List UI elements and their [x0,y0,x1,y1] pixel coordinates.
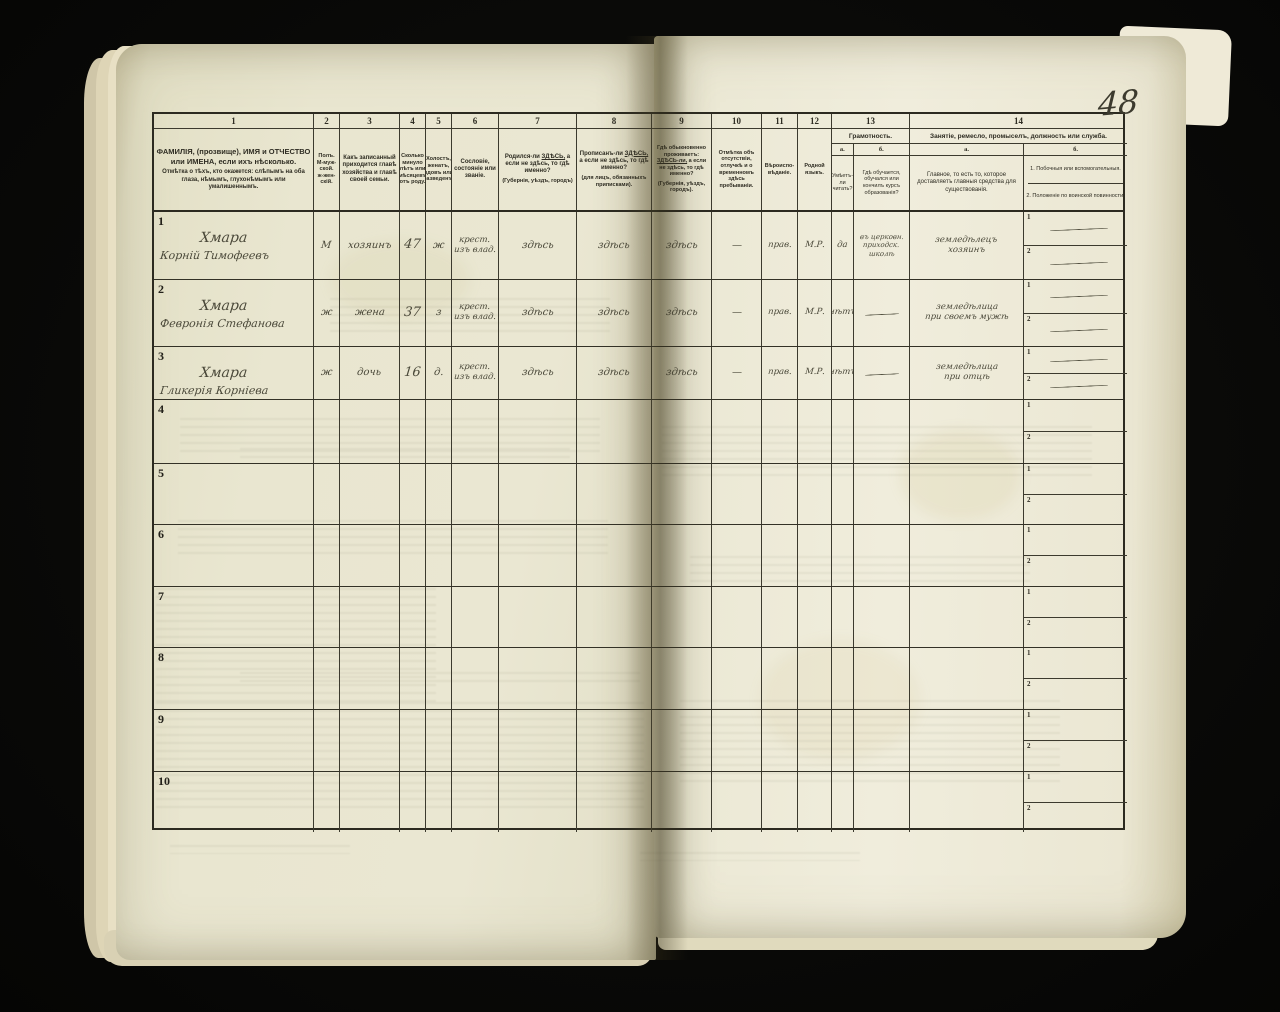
header-literacy-descriptions: Умѣетъ-ли читать? Гдѣ обучается, обучалс… [832,156,909,210]
sex-cell [314,464,340,524]
relation-cell [340,400,400,463]
handwritten-dash [1050,227,1108,231]
literacy-entry: нѣтъ [832,368,854,378]
column-number: 9 [652,114,712,128]
estate-cell: крест. изъ влад. [452,212,499,279]
header-residence-underlined: ЗДѢСЬ-ли, [657,158,687,164]
religion-entry: прав. [767,368,792,378]
show-through-text [170,845,350,854]
age-entry: 37 [403,306,421,321]
literacy-entry: нѣтъ [832,308,854,318]
header-name-column: ФАМИЛІЯ, (прозвище), ИМЯ и ОТЧЕСТВО или … [154,129,314,210]
education-cell [854,347,910,399]
header-registration-pre: Прописанъ-ли [580,151,623,157]
language-cell: М.Р. [798,347,832,399]
residence-cell [652,587,712,647]
marital-cell [426,525,452,586]
literacy-cell: нѣтъ [832,280,854,346]
column-number: 8 [577,114,652,128]
birthplace-cell: здѣсь [499,212,577,279]
residence-entry: здѣсь [665,367,698,379]
marital-cell [426,587,452,647]
side-occupation-sub-1: 1 [1024,525,1127,556]
column-number: 10 [712,114,762,128]
header-literacy-title: Грамотность. [832,129,909,144]
side-occupation-sub-1: 1 [1024,347,1127,374]
absence-cell [712,710,762,771]
occupation-cell [910,400,1024,463]
estate-cell [452,400,499,463]
side-occupation-sub-1: 1 [1024,280,1127,314]
age-entry: 16 [403,366,421,381]
row-number: 3 [158,349,164,364]
age-entry: 47 [403,238,421,253]
absence-cell [712,648,762,709]
sex-entry: ж [320,367,333,379]
registration-cell: здѣсь [577,347,652,399]
name-cell: 7 [154,587,314,647]
row-number: 7 [158,589,164,604]
sub-number-2: 2 [1027,804,1031,812]
header-relation-text: Какъ записанный приходится главѣ хозяйст… [342,155,397,184]
sub-number-2: 2 [1027,680,1031,688]
header-residence-pre: Гдѣ обыкновенно проживаетъ: [657,145,706,158]
relation-cell [340,587,400,647]
literacy-cell [832,525,854,586]
header-absence-text: Отмѣтка объ отсутствіи, отлучкѣ и о врем… [714,150,759,190]
residence-cell [652,525,712,586]
occupation-cell: земледѣлица при отцѣ [910,347,1024,399]
residence-cell [652,710,712,771]
column-number: 13 [832,114,910,128]
occupation-cell [910,772,1024,832]
birthplace-cell [499,525,577,586]
table-row: 1 Хмара Корній Тимофеевъ М хозяинъ 47 ж … [154,212,1123,280]
person-name-entry: Гликерія Корніева [159,385,269,398]
side-occupation-sub-1: 1 [1024,464,1127,495]
estate-entry-line2: изъ влад. [453,313,496,323]
registration-cell [577,464,652,524]
age-cell [400,587,426,647]
residence-cell: здѣсь [652,347,712,399]
header-occupation-letter-b: б. [1024,144,1127,155]
registration-cell [577,772,652,832]
estate-entry-line2: изъ влад. [453,373,496,383]
religion-cell [762,648,798,709]
side-occupation-sub-2: 2 [1024,314,1127,347]
literacy-cell [832,772,854,832]
show-through-text [640,852,860,861]
surname-entry: Хмара [199,230,248,246]
sex-entry: ж [320,307,333,319]
occupation-cell: земледѣлецъ хозяинъ [910,212,1024,279]
relation-cell: дочь [340,347,400,399]
marital-entry: з [435,307,442,319]
absence-cell [712,400,762,463]
sub-number-2: 2 [1027,742,1031,750]
sub-number-1: 1 [1027,213,1031,221]
registration-cell [577,648,652,709]
relation-entry: жена [354,307,385,319]
header-name-note: Отмѣтка о тѣхъ, кто окажется: слѣпымъ на… [156,169,311,192]
literacy-cell [832,400,854,463]
side-occupation-cell: 1 2 [1024,400,1127,463]
language-cell [798,648,832,709]
header-registration-column: Прописанъ-ли ЗДѢСЬ, а если не здѣсь, то … [577,129,652,210]
religion-cell [762,400,798,463]
birthplace-cell [499,710,577,771]
residence-entry: здѣсь [665,240,698,252]
sub-number-2: 2 [1027,247,1031,255]
side-occupation-cell: 1 2 [1024,347,1127,399]
absence-entry: — [731,240,742,252]
residence-entry: здѣсь [665,307,698,319]
religion-entry: прав. [767,308,792,318]
table-row: 5 [154,464,1123,525]
sub-number-1: 1 [1027,348,1031,356]
name-cell: 10 [154,772,314,832]
person-name-entry: Корній Тимофеевъ [159,250,269,263]
sub-number-2: 2 [1027,433,1031,441]
marital-cell [426,772,452,832]
header-sex-column: Полъ. М-муж-ской. ж-жен-скій. [314,129,340,210]
side-occupation-sub-1: 1 [1024,710,1127,741]
age-cell: 47 [400,212,426,279]
side-occupation-sub-2: 2 [1024,495,1127,525]
birthplace-cell [499,400,577,463]
age-cell [400,400,426,463]
header-relation-column: Какъ записанный приходится главѣ хозяйст… [340,129,400,210]
marital-entry: д. [433,367,444,379]
table-row: 9 [154,710,1123,772]
side-occupation-cell: 1 2 [1024,525,1127,586]
birthplace-entry: здѣсь [521,367,554,379]
estate-cell [452,525,499,586]
education-cell [854,710,910,771]
sub-number-2: 2 [1027,619,1031,627]
row-number: 2 [158,282,164,297]
header-birthplace-note: (Губернія, уѣздъ, городъ) [502,178,572,185]
header-can-read: Умѣетъ-ли читать? [832,156,854,210]
column-numbers-row: 1 2 3 4 5 6 7 8 9 10 11 12 13 14 [154,114,1123,129]
side-occupation-cell: 1 2 [1024,464,1127,524]
residence-cell [652,772,712,832]
absence-cell: — [712,347,762,399]
marital-cell [426,710,452,771]
row-number: 1 [158,214,164,229]
language-cell: М.Р. [798,212,832,279]
handwritten-dash [1050,295,1108,299]
language-cell [798,710,832,771]
sex-cell [314,648,340,709]
occupation-entry-line2: при отцѣ [943,373,990,383]
estate-cell [452,710,499,771]
sub-number-1: 1 [1027,401,1031,409]
sub-number-2: 2 [1027,375,1031,383]
education-entry-line2: приходск. [863,241,900,249]
absence-cell [712,464,762,524]
name-cell: 6 [154,525,314,586]
education-cell: въ церковн. приходск. школѣ [854,212,910,279]
language-entry: М.Р. [804,368,825,378]
language-cell: М.Р. [798,280,832,346]
relation-entry: хозяинъ [347,240,392,252]
occupation-cell [910,710,1024,771]
residence-cell: здѣсь [652,280,712,346]
table-header-row: ФАМИЛІЯ, (прозвище), ИМЯ и ОТЧЕСТВО или … [154,129,1123,212]
name-cell: 5 [154,464,314,524]
table-row: 4 [154,400,1123,464]
table-row: 6 [154,525,1123,587]
column-number: 1 [154,114,314,128]
table-rows: 1 Хмара Корній Тимофеевъ М хозяинъ 47 ж … [154,212,1123,832]
header-occupation-letter-a: а. [910,144,1024,155]
sub-number-1: 1 [1027,465,1031,473]
handwritten-dash [1050,328,1108,332]
sex-cell [314,400,340,463]
side-occupation-sub-1: 1 [1024,648,1127,679]
header-age-column: Сколько минуло лѣтъ или мѣсяцевъ отъ род… [400,129,426,210]
education-cell [854,525,910,586]
birthplace-cell: здѣсь [499,280,577,346]
header-registration-underlined: ЗДѢСЬ, [625,151,649,157]
marital-cell [426,464,452,524]
marital-cell: ж [426,212,452,279]
sex-cell: ж [314,280,340,346]
education-cell [854,280,910,346]
header-occupation-descriptions: Главное, то есть то, которое доставляетъ… [910,156,1127,210]
occupation-cell [910,464,1024,524]
header-literacy-letter-b: б. [854,144,909,155]
header-marital-column: Холостъ, женатъ, вдовъ или разведенъ. [426,129,452,210]
side-occupation-sub-2: 2 [1024,679,1127,709]
birthplace-entry: здѣсь [521,307,554,319]
education-cell [854,400,910,463]
estate-cell: крест. изъ влад. [452,280,499,346]
religion-cell: прав. [762,347,798,399]
estate-cell [452,772,499,832]
page-number: 48 [1097,82,1140,124]
header-sex-l1: Полъ. [318,153,334,160]
literacy-cell [832,648,854,709]
education-cell [854,464,910,524]
absence-cell [712,525,762,586]
table-row: 3 Хмара Гликерія Корніева ж дочь 16 д. к… [154,347,1123,400]
name-cell: 8 [154,648,314,709]
handwritten-dash [864,373,898,375]
religion-cell [762,525,798,586]
occupation-entry-line2: хозяинъ [948,246,986,256]
sub-number-2: 2 [1027,315,1031,323]
relation-cell [340,648,400,709]
registration-entry: здѣсь [598,240,631,252]
header-estate-column: Сословіе, состояніе или званіе. [452,129,499,210]
sex-cell [314,710,340,771]
side-occupation-cell: 1 2 [1024,710,1127,771]
table-row: 8 [154,648,1123,710]
language-cell [798,464,832,524]
side-occupation-sub-2: 2 [1024,246,1127,279]
header-registration-note: (для лицъ, обязанныхъ приписками). [579,175,649,188]
side-occupation-sub-1: 1 [1024,587,1127,618]
sub-number-1: 1 [1027,588,1031,596]
relation-entry: дочь [357,367,382,379]
absence-entry: — [731,367,742,379]
age-cell: 16 [400,347,426,399]
marital-cell [426,648,452,709]
estate-cell: крест. изъ влад. [452,347,499,399]
language-cell [798,772,832,832]
side-occupation-sub-2: 2 [1024,432,1127,463]
birthplace-cell: здѣсь [499,347,577,399]
birthplace-cell [499,587,577,647]
column-number: 7 [499,114,577,128]
person-name-entry: Февронія Стефанова [159,318,285,331]
education-cell [854,587,910,647]
header-age-text: Сколько минуло лѣтъ или мѣсяцевъ отъ род… [400,153,426,186]
side-occupation-sub-2: 2 [1024,618,1127,648]
religion-cell [762,464,798,524]
side-occupation-sub-2: 2 [1024,741,1127,771]
birthplace-cell [499,464,577,524]
side-occupation-sub-2: 2 [1024,803,1127,833]
sub-number-2: 2 [1027,496,1031,504]
column-number: 5 [426,114,452,128]
literacy-cell [832,464,854,524]
sub-number-1: 1 [1027,773,1031,781]
header-language-text: Родной языкъ. [800,163,829,176]
age-cell: 37 [400,280,426,346]
sex-cell [314,772,340,832]
age-cell [400,772,426,832]
name-cell: 9 [154,710,314,771]
column-number: 2 [314,114,340,128]
row-number: 8 [158,650,164,665]
estate-cell [452,648,499,709]
side-occupation-cell: 1 2 [1024,772,1127,832]
registration-cell: здѣсь [577,280,652,346]
residence-cell [652,400,712,463]
sex-cell [314,587,340,647]
table-row: 2 Хмара Февронія Стефанова ж жена 37 з к… [154,280,1123,347]
handwritten-dash [1050,385,1108,389]
birthplace-cell [499,772,577,832]
column-number: 3 [340,114,400,128]
relation-cell: жена [340,280,400,346]
language-entry: М.Р. [804,308,825,318]
header-occupation-letters: а. б. [910,144,1127,156]
registration-entry: здѣсь [598,367,631,379]
table-row: 10 [154,772,1123,832]
side-occupation-sub-1: 1 [1024,772,1127,803]
literacy-cell: да [832,212,854,279]
relation-cell: хозяинъ [340,212,400,279]
estate-entry-line2: изъ влад. [453,246,496,256]
column-number: 11 [762,114,798,128]
header-sex-l3: ж-жен-скій. [316,173,337,186]
age-cell [400,464,426,524]
sub-number-2: 2 [1027,557,1031,565]
header-name-main: ФАМИЛІЯ, (прозвище), ИМЯ и ОТЧЕСТВО или … [156,147,311,166]
column-number: 4 [400,114,426,128]
occupation-cell: земледѣлица при своемъ мужѣ [910,280,1024,346]
header-literacy-letters: а. б. [832,144,909,156]
occupation-entry-line2: при своемъ мужѣ [924,313,1009,323]
side-occupation-cell: 1 2 [1024,280,1127,346]
row-number: 6 [158,527,164,542]
estate-cell [452,464,499,524]
header-side-occupation-1: 1. Побочныя или вспомогательныя. [1028,156,1123,184]
birthplace-entry: здѣсь [521,240,554,252]
header-birthplace-underlined: ЗДѢСЬ, [542,154,566,160]
sex-cell: ж [314,347,340,399]
header-absence-column: Отмѣтка объ отсутствіи, отлучкѣ и о врем… [712,129,762,210]
literacy-cell: нѣтъ [832,347,854,399]
marital-entry: ж [432,240,445,252]
row-number: 10 [158,774,170,789]
relation-cell [340,710,400,771]
marital-cell: з [426,280,452,346]
marital-cell: д. [426,347,452,399]
row-number: 5 [158,466,164,481]
occupation-cell [910,525,1024,586]
name-cell: 1 Хмара Корній Тимофеевъ [154,212,314,279]
absence-cell: — [712,280,762,346]
side-occupation-cell: 1 2 [1024,587,1127,647]
side-occupation-sub-2: 2 [1024,556,1127,586]
registration-entry: здѣсь [598,307,631,319]
age-cell [400,648,426,709]
language-cell [798,400,832,463]
occupation-cell [910,587,1024,647]
literacy-cell [832,587,854,647]
age-cell [400,525,426,586]
registration-cell [577,710,652,771]
surname-entry: Хмара [199,298,248,314]
column-number: 6 [452,114,499,128]
sex-cell: М [314,212,340,279]
sex-entry: М [321,240,332,252]
column-number: 12 [798,114,832,128]
language-cell [798,587,832,647]
occupation-cell [910,648,1024,709]
education-entry-line3: школѣ [868,250,895,258]
religion-cell: прав. [762,212,798,279]
registration-cell [577,400,652,463]
handwritten-dash [1050,358,1108,362]
relation-cell [340,464,400,524]
religion-cell: прав. [762,280,798,346]
name-cell: 2 Хмара Февронія Стефанова [154,280,314,346]
header-residence-note: (Губернія, уѣздъ, городъ). [654,181,709,194]
header-residence-column: Гдѣ обыкновенно проживаетъ: ЗДѢСЬ-ли, а … [652,129,712,210]
sub-number-1: 1 [1027,281,1031,289]
religion-cell [762,710,798,771]
handwritten-dash [864,313,898,315]
header-occupation-group: Занятіе, ремесло, промыселъ, должность и… [910,129,1127,210]
sub-number-1: 1 [1027,649,1031,657]
header-main-occupation: Главное, то есть то, которое доставляетъ… [910,156,1024,210]
sex-cell [314,525,340,586]
birthplace-cell [499,648,577,709]
header-religion-text: Вѣроиспо-вѣданіе. [764,163,795,176]
header-estate-text: Сословіе, состояніе или званіе. [454,159,496,181]
header-occupation-title: Занятіе, ремесло, промыселъ, должность и… [910,129,1127,144]
header-birthplace-pre: Родился-ли [505,154,540,160]
side-occupation-cell: 1 2 [1024,212,1127,279]
registration-cell: здѣсь [577,212,652,279]
absence-cell [712,772,762,832]
